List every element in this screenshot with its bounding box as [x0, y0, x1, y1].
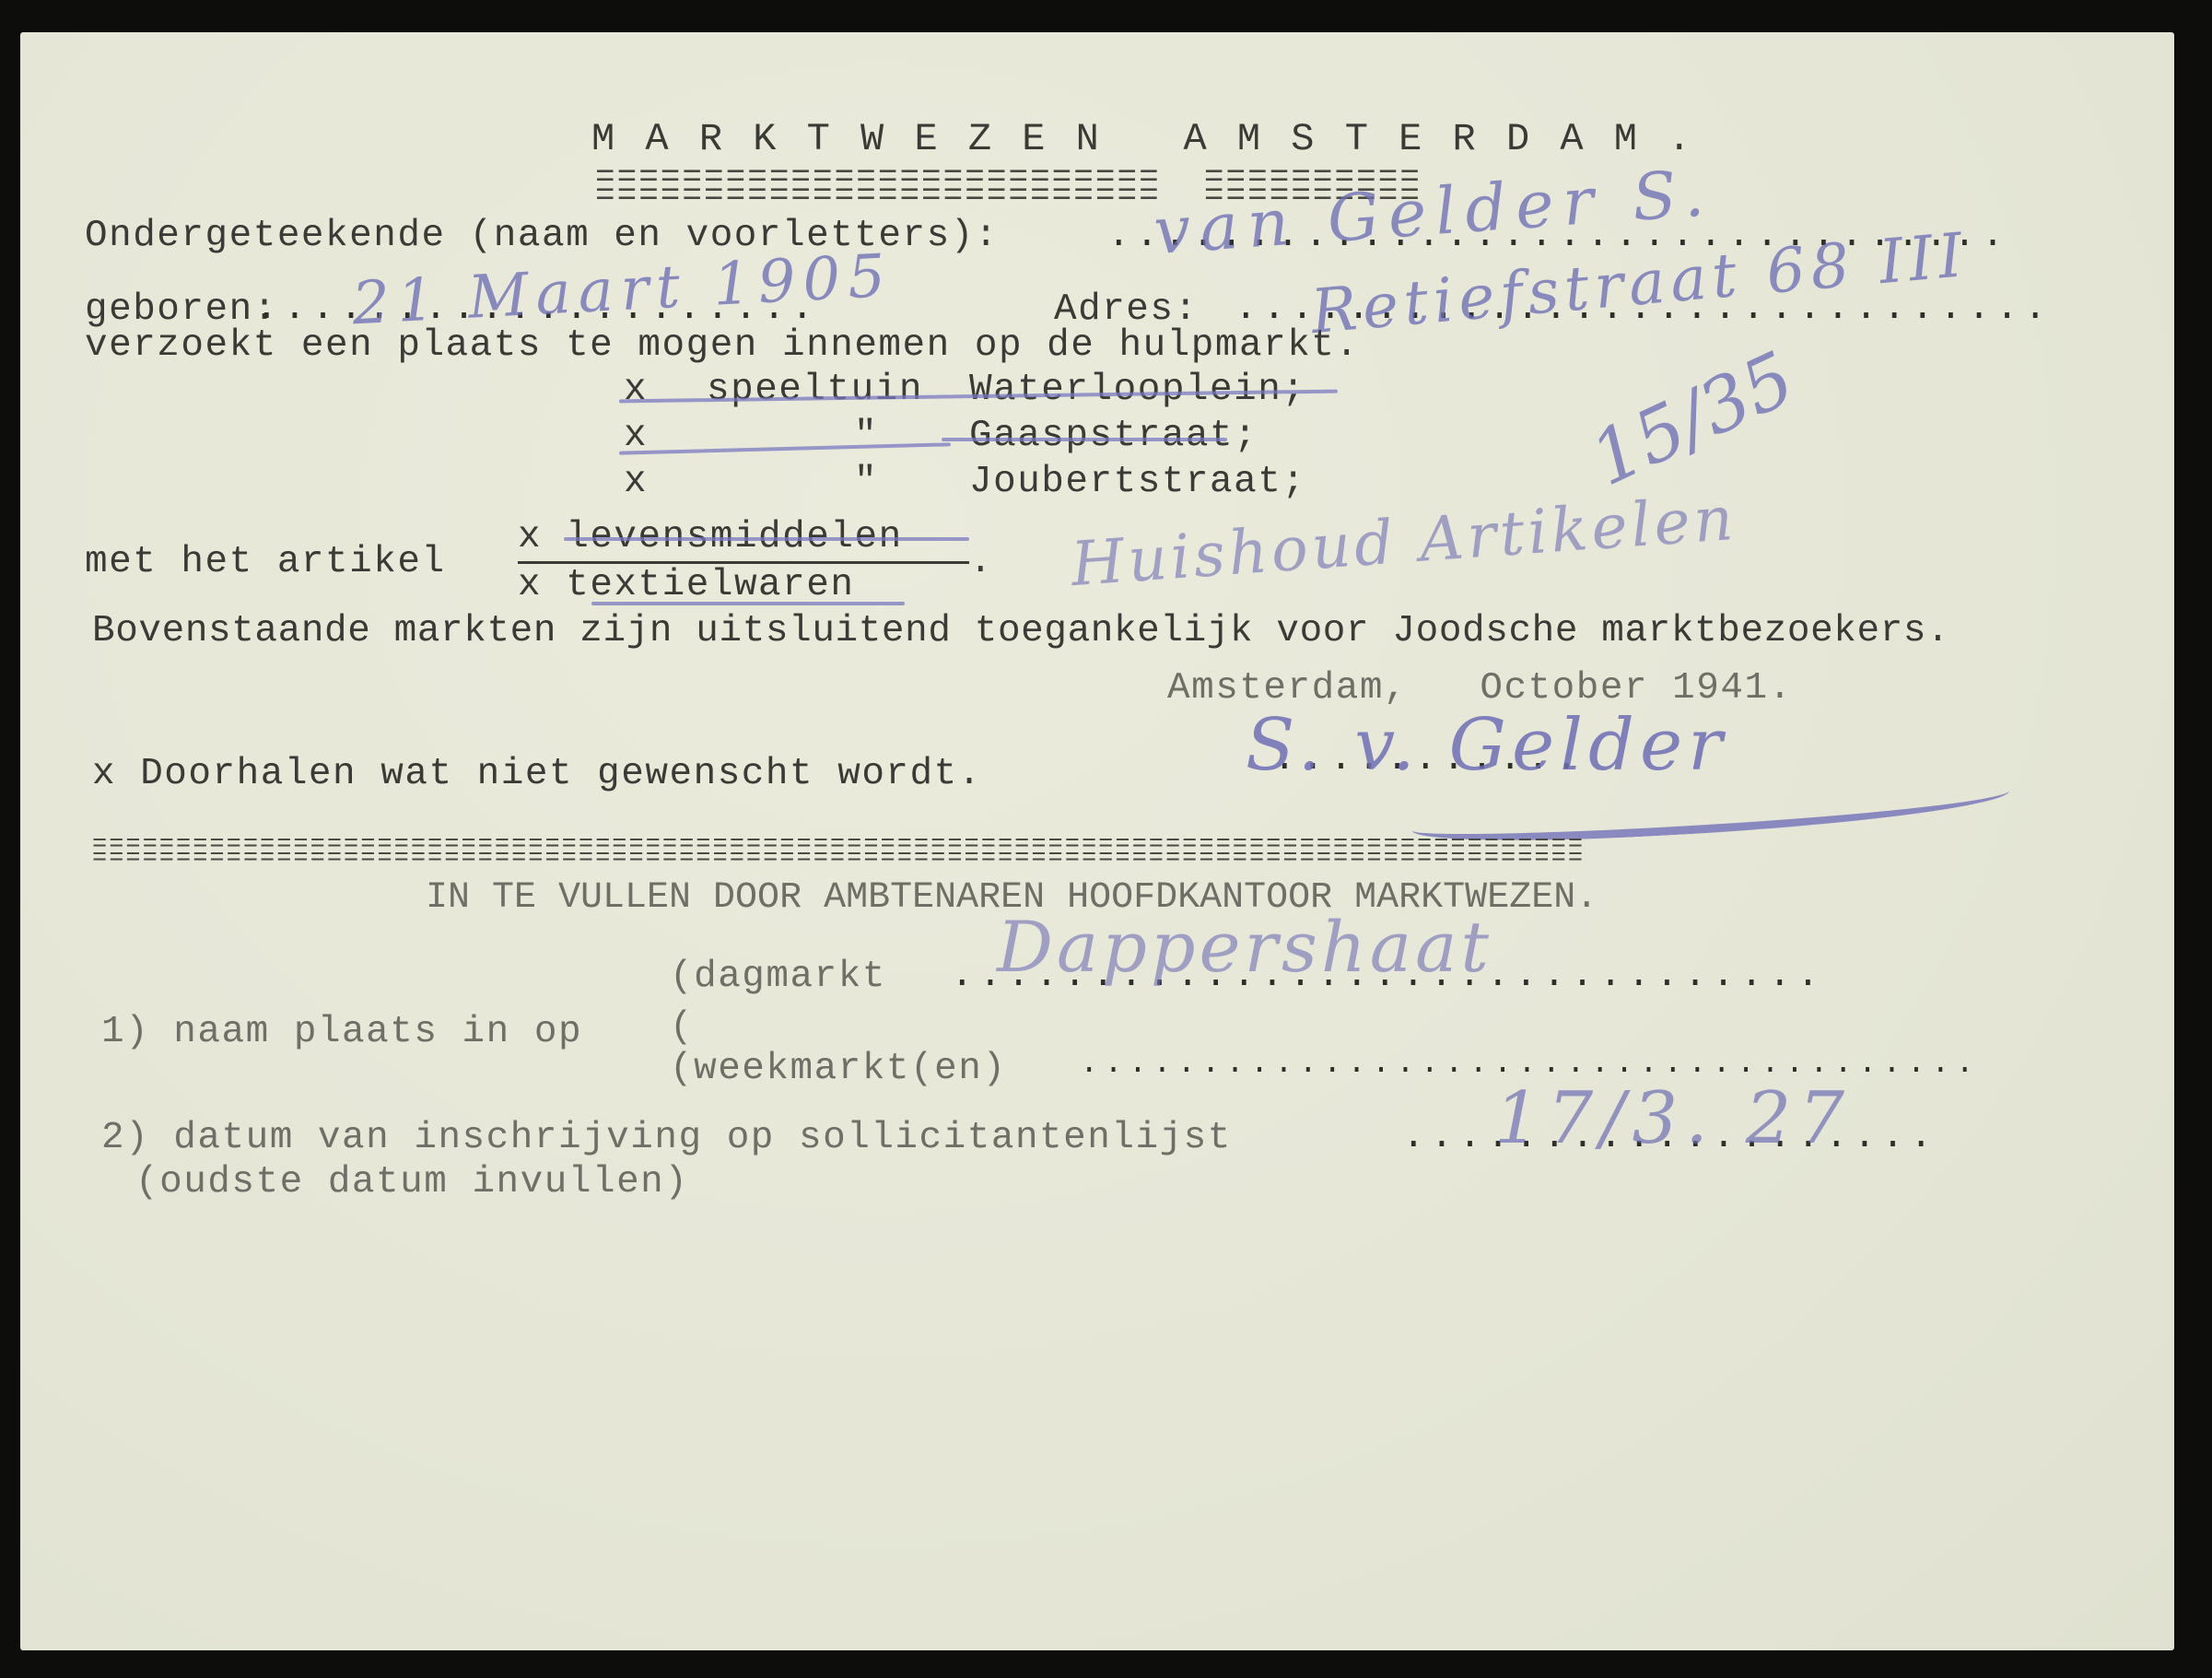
market-mark-2: x	[624, 417, 648, 455]
item1-label: 1) naam plaats in op	[101, 1014, 582, 1051]
address-label: Adres:	[1054, 291, 1199, 329]
request-line: verzoekt een plaats te mogen innemen op …	[85, 327, 1360, 365]
born-label: geboren:	[85, 291, 277, 329]
article-mark-2: x	[518, 564, 542, 606]
article-period: .	[969, 544, 993, 581]
strike-market-2	[619, 442, 951, 454]
document-card: M A R K T W E Z E N A M S T E R D A M . …	[20, 32, 2174, 1650]
place-date: Amsterdam, October 1941.	[1167, 670, 1793, 708]
article-handwritten: Huishoud Artikelen	[1070, 488, 1738, 595]
market-type-3: "	[854, 464, 878, 501]
market-name-3: Joubertstraat;	[969, 464, 1305, 501]
item1-dagmarkt-label: (dagmarkt	[670, 958, 886, 996]
section-separator: ========================================…	[92, 839, 1585, 866]
market-type-2: "	[854, 417, 878, 455]
strike-market-2b	[942, 438, 1227, 441]
article-name-2: textielwaren	[566, 564, 854, 606]
footnote: x Doorhalen wat niet gewenscht wordt.	[92, 756, 982, 793]
market-type-1: speeltuin	[707, 371, 923, 409]
article-mark-1: x	[518, 516, 542, 558]
signature-handwritten: S. v. Gelder	[1246, 710, 1727, 781]
market-mark-1: x	[624, 371, 648, 409]
item1-dagmarkt-handwritten: Dappershaat	[997, 912, 1492, 982]
item2-label: 2) datum van inschrijving op sollicitant…	[101, 1120, 1232, 1157]
notice-line: Bovenstaande markten zijn uitsluitend to…	[92, 613, 1949, 651]
article-option-2: x textielwaren	[518, 567, 854, 604]
strike-article-2	[591, 602, 905, 605]
market-mark-3: x	[624, 464, 648, 501]
item2-sub: (oudste datum invullen)	[135, 1164, 688, 1202]
article-label: met het artikel	[85, 544, 446, 581]
item2-handwritten: 17/3. 27	[1494, 1083, 1852, 1155]
document-title: M A R K T W E Z E N A M S T E R D A M .	[591, 120, 1694, 158]
item1-bracket: (	[670, 1009, 694, 1047]
item1-weekmarkt-label: (weekmarkt(en)	[670, 1050, 1006, 1088]
market-name-2: Gaaspstraat;	[969, 417, 1258, 455]
margin-note-handwritten: 15/35	[1581, 341, 1805, 498]
strike-article-1	[564, 537, 969, 541]
